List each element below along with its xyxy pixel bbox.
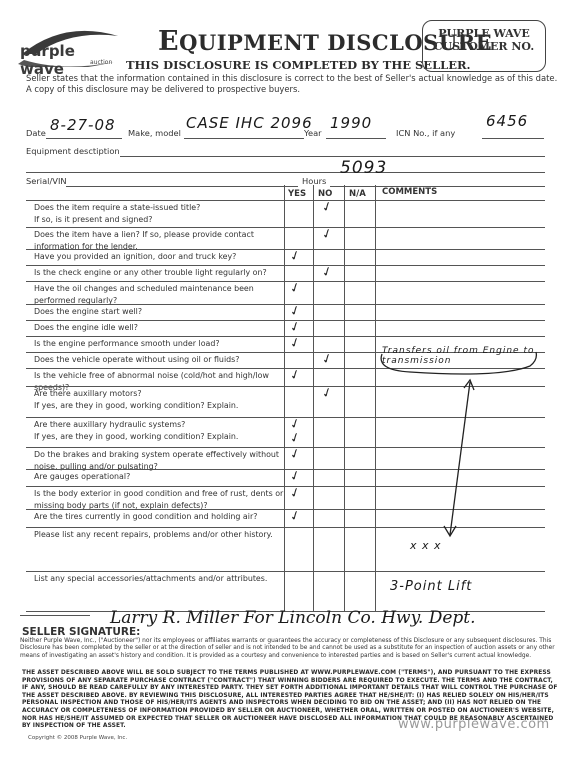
logo: purple wave auction [18, 26, 118, 64]
make-model-label: Make, model [128, 128, 181, 138]
question-text: Are gauges operational? [34, 471, 284, 483]
website-text: www.purplewave.com [398, 717, 550, 732]
question-text: Have you provided an ignition, door and … [34, 251, 284, 263]
header-na: N/A [349, 189, 366, 199]
icn-label: ICN No., if any [396, 128, 455, 138]
row-divider [26, 265, 545, 266]
row-divider [26, 336, 545, 337]
question-text: Does the engine start well? [34, 306, 284, 318]
row-divider [26, 320, 545, 321]
check-mark-icon[interactable]: ✓ [320, 226, 335, 244]
check-mark-icon[interactable]: ✓ [288, 508, 303, 526]
check-mark-icon[interactable]: ✓ [288, 280, 303, 298]
customer-number-label: PURPLE WAVE CUSTOMER NO. [423, 27, 545, 53]
check-mark-icon[interactable]: ✓ [320, 351, 335, 369]
question-text: Does the engine idle well? [34, 322, 284, 334]
date-label: Date [26, 128, 46, 138]
check-mark-icon[interactable]: ✓ [288, 248, 303, 266]
check-mark-icon[interactable]: ✓ [288, 485, 303, 503]
row-divider [26, 304, 545, 305]
year-label: Year [304, 128, 322, 138]
question-text: Have the oil changes and scheduled maint… [34, 283, 284, 306]
year-field[interactable]: 1990 [330, 114, 372, 132]
comment-field[interactable]: x x x [410, 539, 442, 552]
check-mark-icon[interactable]: ✓ [320, 385, 335, 403]
hours-label: Hours [302, 176, 326, 186]
check-mark-icon[interactable]: ✓ [288, 303, 303, 321]
question-text: Are there auxillary motors? If yes, are … [34, 388, 284, 411]
check-mark-icon[interactable]: ✓ [288, 430, 303, 448]
question-text: Does the item require a state-issued tit… [34, 202, 284, 225]
question-text: Please list any recent repairs, problems… [34, 529, 284, 541]
question-text: List any special accessories/attachments… [34, 573, 284, 585]
comment-field[interactable]: 3-Point Lift [390, 579, 472, 594]
page-subtitle: THIS DISCLOSURE IS COMPLETED BY THE SELL… [126, 58, 471, 72]
row-divider [26, 571, 545, 572]
row-divider [26, 200, 545, 201]
equipment-description-label: Equipment desctiption [26, 146, 120, 156]
customer-number-box[interactable]: PURPLE WAVE CUSTOMER NO. [422, 20, 546, 72]
equipment-description-field[interactable] [120, 156, 545, 157]
disclaimer-text: Neither Purple Wave, Inc., ("Auctioneer"… [20, 638, 558, 660]
question-text: Is the engine performance smooth under l… [34, 338, 284, 350]
question-text: Does the vehicle operate without using o… [34, 354, 284, 366]
check-mark-icon[interactable]: ✓ [288, 335, 303, 353]
check-mark-icon[interactable]: ✓ [320, 264, 335, 282]
hours-field[interactable]: 5093 [340, 158, 387, 178]
serial-field[interactable] [66, 186, 298, 187]
make-model-field[interactable]: CASE IHC 2096 [186, 114, 313, 132]
question-text: Are the tires currently in good conditio… [34, 511, 284, 523]
header-no: NO [318, 189, 332, 199]
signature-field[interactable]: Larry R. Miller For Lincoln Co. Hwy. Dep… [110, 608, 476, 628]
header-yes: YES [288, 189, 306, 199]
check-mark-icon[interactable]: ✓ [288, 468, 303, 486]
copyright-text: Copyright © 2008 Purple Wave, Inc. [28, 735, 127, 741]
question-text: Is the body exterior in good condition a… [34, 488, 284, 511]
check-mark-icon[interactable]: ✓ [288, 367, 303, 385]
check-mark-icon[interactable]: ✓ [288, 446, 303, 464]
logo-subtext: auction [90, 59, 112, 66]
date-field[interactable]: 8-27-08 [50, 116, 116, 134]
question-text: Is the check engine or any other trouble… [34, 267, 284, 279]
check-mark-icon[interactable]: ✓ [320, 199, 335, 217]
icn-field[interactable]: 6456 [486, 112, 528, 130]
serial-label: Serial/VIN [26, 176, 67, 186]
row-divider [26, 227, 545, 228]
question-text: Are there auxillary hydraulic systems? I… [34, 419, 284, 442]
check-mark-icon[interactable]: ✓ [288, 319, 303, 337]
header-comments: COMMENTS [382, 187, 437, 197]
comment-annotation-bracket-icon [370, 340, 570, 540]
row-divider [26, 249, 545, 250]
row-divider [26, 281, 545, 282]
intro-text: Seller states that the information conta… [26, 73, 571, 95]
